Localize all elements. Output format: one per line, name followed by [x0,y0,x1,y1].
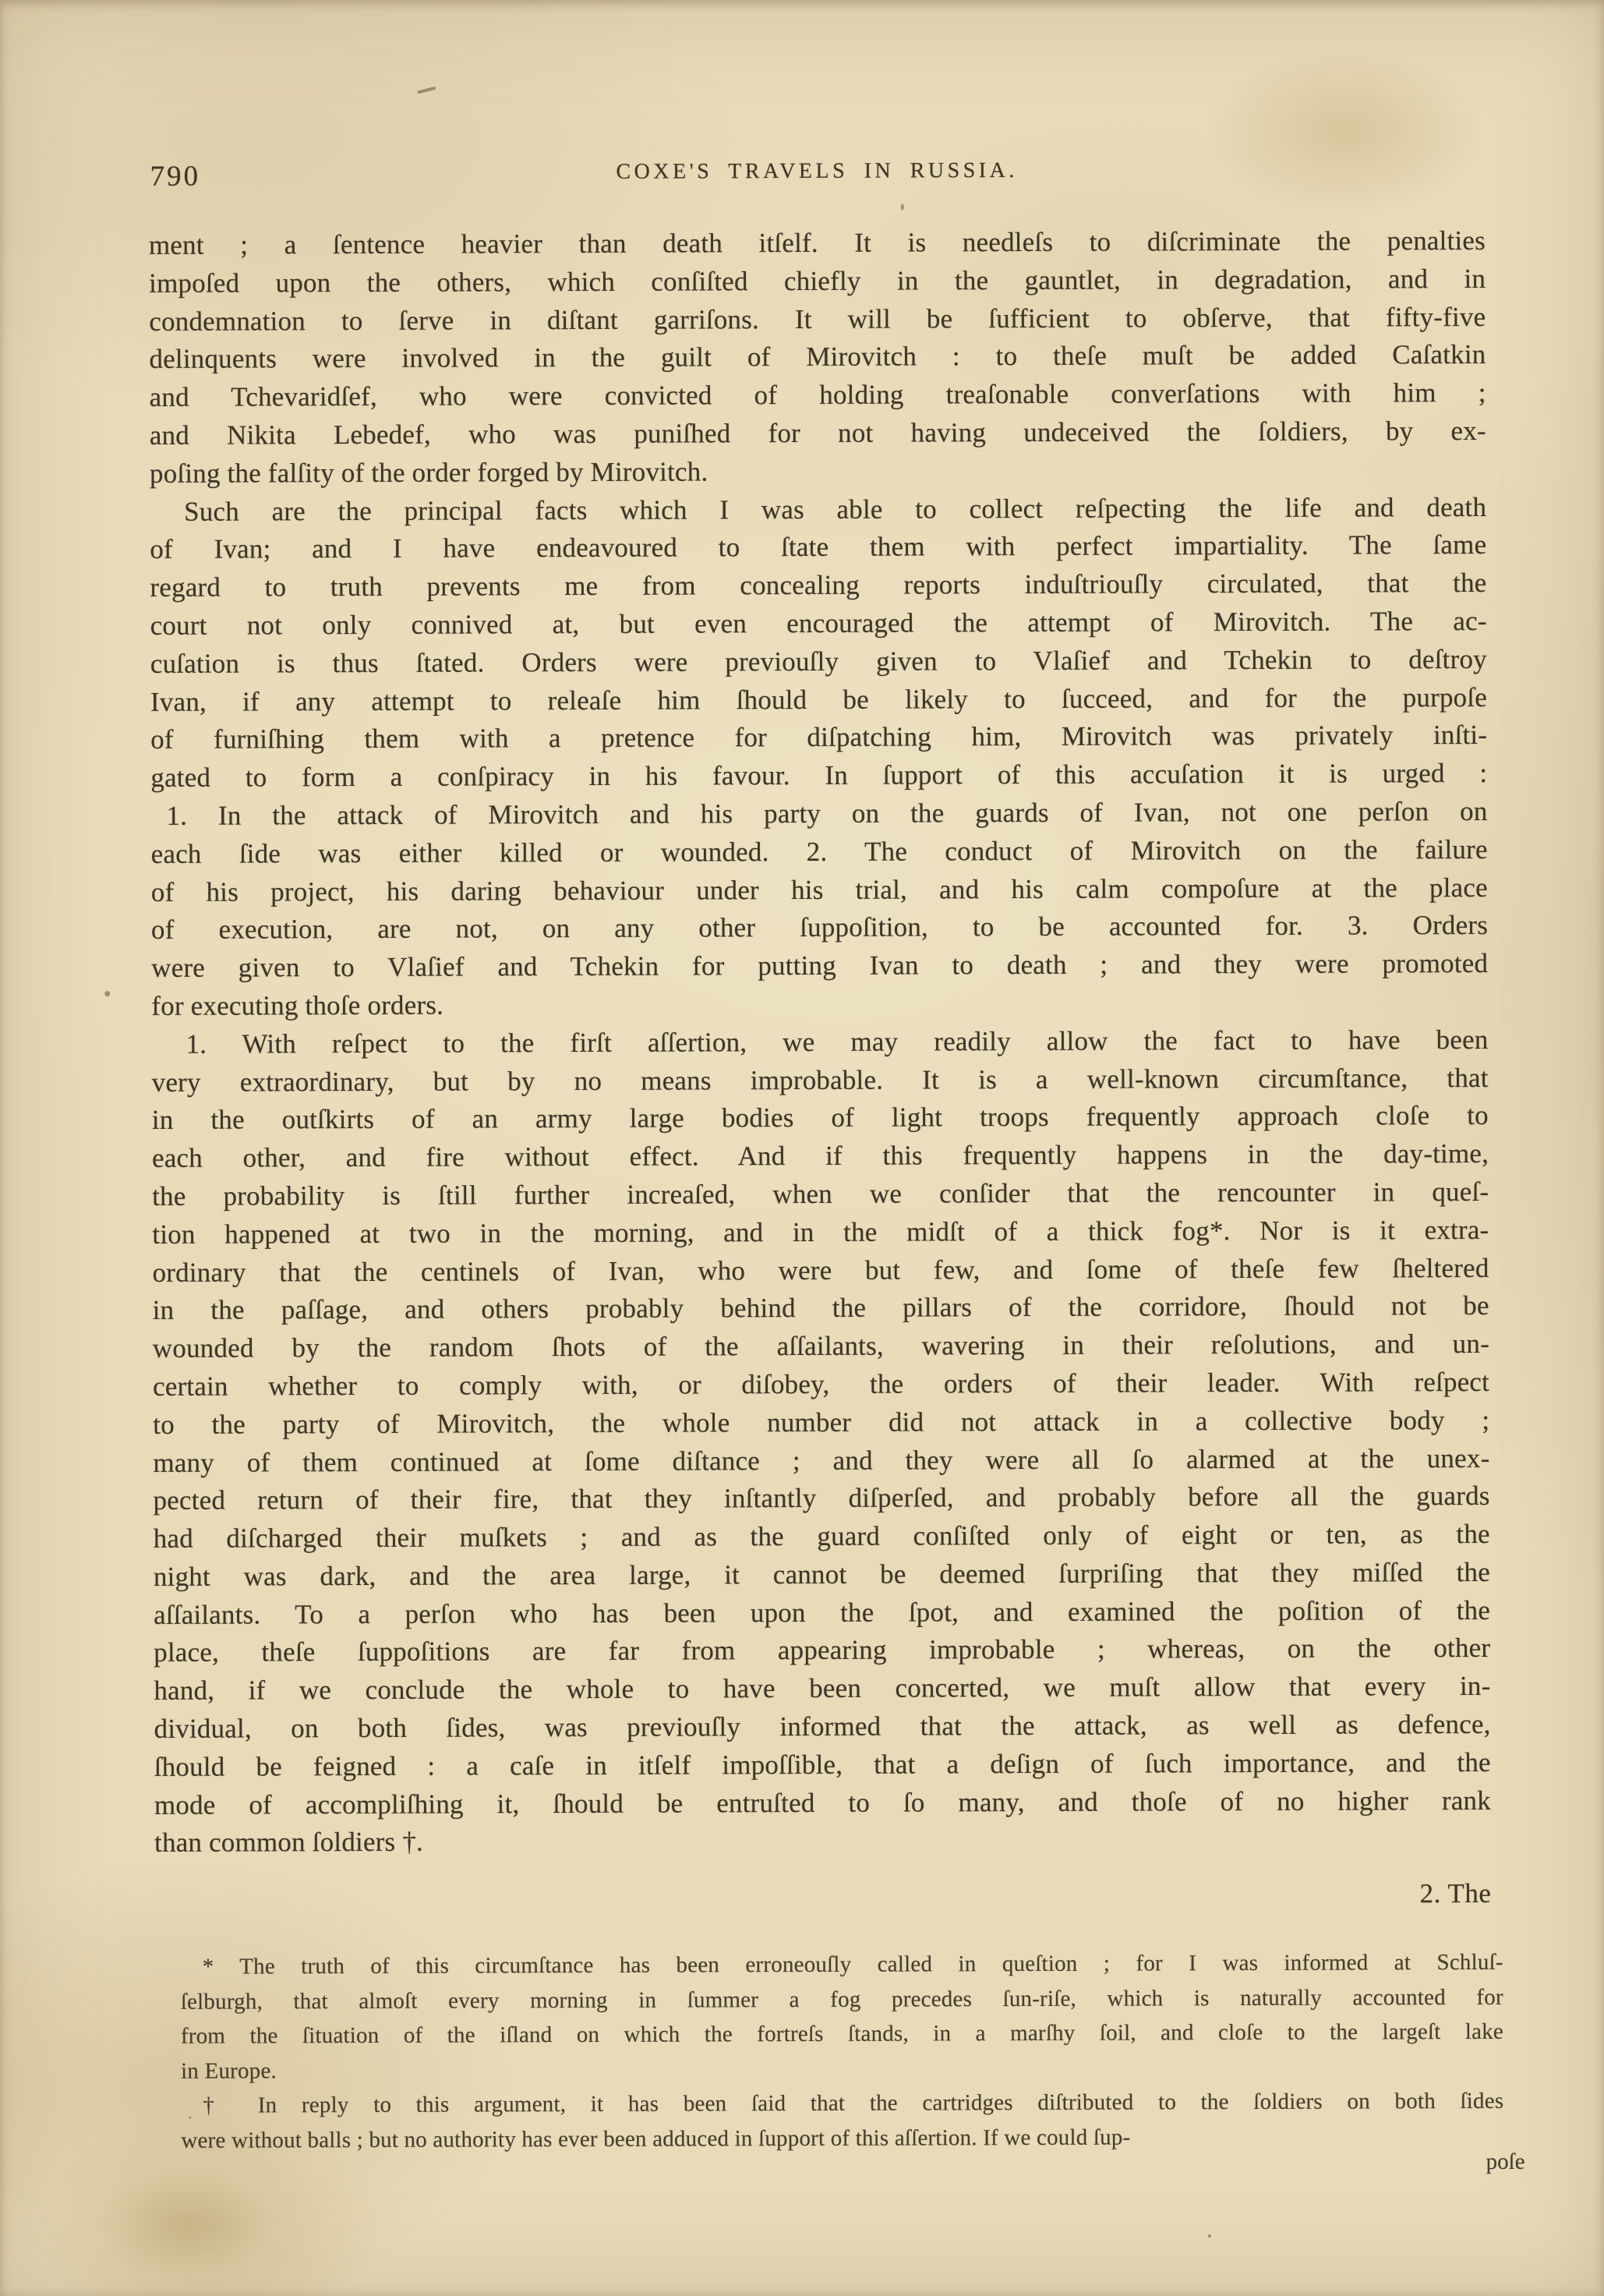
body-text-line: dividual, on both ſides, was previouſly … [154,1706,1491,1749]
body-text-line: certain whether to comply with, or diſob… [153,1364,1489,1406]
body-text-line: delinquents were involved in the guilt o… [149,336,1486,379]
body-text-line: in the paſſage, and others probably behi… [153,1287,1489,1330]
body-text-line: of furniſhing them with a pretence for d… [150,716,1487,759]
footnote-line: † In reply to this argument, it has been… [181,2084,1503,2123]
paper-stain [1204,44,1486,217]
body-text-line: Such are the principal facts which I was… [150,489,1486,532]
body-text-line: pected return of their fire, that they i… [153,1477,1489,1520]
body-text-line: gated to form a conſpiracy in his favour… [150,755,1487,798]
scanned-page-content: 790 COXE'S TRAVELS IN RUSSIA. ment ; a ſ… [0,0,1604,2296]
body-text-line: of Ivan; and I have endeavoured to ſtate… [150,526,1486,569]
paper-stain [97,2169,269,2279]
body-text-line: for executing thoſe orders. [151,983,1488,1026]
body-text-line: of execution, are not, on any other ſupp… [151,907,1488,950]
footnote-line: from the ſituation of the iſland on whic… [181,2015,1503,2054]
body-text-line: very extraordinary, but by no means impr… [152,1059,1489,1102]
body-text-line: ment ; a ſentence heavier than death itſ… [149,222,1486,265]
body-text-line: the probability is ſtill further increaſ… [152,1173,1489,1216]
footnote-line: * The truth of this circumſtance has bee… [181,1945,1503,1984]
body-text-line: court not only connived at, but even enc… [150,603,1487,646]
footnotes-block: * The truth of this circumſtance has bee… [181,1945,1504,2158]
body-text-line: hand, if we conclude the whole to have b… [154,1668,1490,1711]
body-text-line: many of them continued at ſome diſtance … [153,1439,1489,1482]
body-text-line: were given to Vlaſief and Tchekin for pu… [151,945,1488,988]
footnote-line: in Europe. [181,2049,1503,2088]
body-text-line: each ſide was either killed or wounded. … [151,831,1488,874]
page-number: 790 [150,160,201,193]
book-page: 790 COXE'S TRAVELS IN RUSSIA. ment ; a ſ… [0,0,1604,2296]
body-text-line: cuſation is thus ſtated. Orders were pre… [150,641,1487,684]
body-text-line: ordinary that the centinels of Ivan, who… [152,1249,1489,1292]
scan-speck [189,2117,191,2119]
body-text-line: of his project, his daring behaviour und… [151,869,1488,911]
body-text-line: had diſcharged their muſkets ; and as th… [154,1516,1490,1558]
body-text-line: 1. In the attack of Mirovitch and his pa… [150,793,1487,836]
body-text-line: mode of accompliſhing it, ſhould be entr… [154,1782,1491,1825]
body-text-line: ſhould be feigned : a caſe in itſelf imp… [154,1744,1491,1787]
scan-speck [1208,2234,1211,2238]
scan-speck [901,204,904,210]
body-text-line: each other, and fire without effect. And… [152,1135,1489,1178]
body-text-line: place, theſe ſuppoſitions are far from a… [154,1629,1490,1672]
body-text-line: and Nikita Lebedef, who was puniſhed for… [150,412,1486,455]
body-text-line: Ivan, if any attempt to releaſe him ſhou… [150,678,1487,721]
body-text-line: wounded by the random ſhots of the aſſai… [153,1325,1489,1368]
body-text-line: and Tchevaridſef, who were convicted of … [150,374,1486,417]
scan-speck [104,991,110,996]
body-text-line: to the party of Mirovitch, the whole num… [153,1402,1489,1445]
catchword-next-page: poſe [181,2149,1525,2180]
body-text-line: regard to truth prevents me from conceal… [150,564,1486,607]
scan-speck [417,87,436,94]
footnote-line: ſelburgh, that almoſt every morning in ſ… [181,1979,1503,2018]
main-text-block: ment ; a ſentence heavier than death itſ… [149,222,1491,1863]
body-text-line: night was dark, and the area large, it c… [154,1554,1490,1597]
body-text-line: aſſailants. To a perſon who has been upo… [154,1592,1490,1635]
body-text-line: poſing the falſity of the order forged b… [150,451,1486,494]
body-text-line: in the outſkirts of an army large bodies… [152,1097,1489,1140]
body-text-line: impoſed upon the others, which conſiſted… [149,260,1486,303]
body-text-line: tion happened at two in the morning, and… [152,1212,1489,1254]
body-text-line: 1. With reſpect to the firſt aſſertion, … [151,1021,1488,1064]
body-text-line: than common ſoldiers †. [154,1820,1491,1863]
running-title: COXE'S TRAVELS IN RUSSIA. [616,158,1017,185]
body-text-line: condemnation to ſerve in diſtant garriſo… [149,299,1486,341]
catchword-next-paragraph: 2. The [154,1878,1491,1914]
